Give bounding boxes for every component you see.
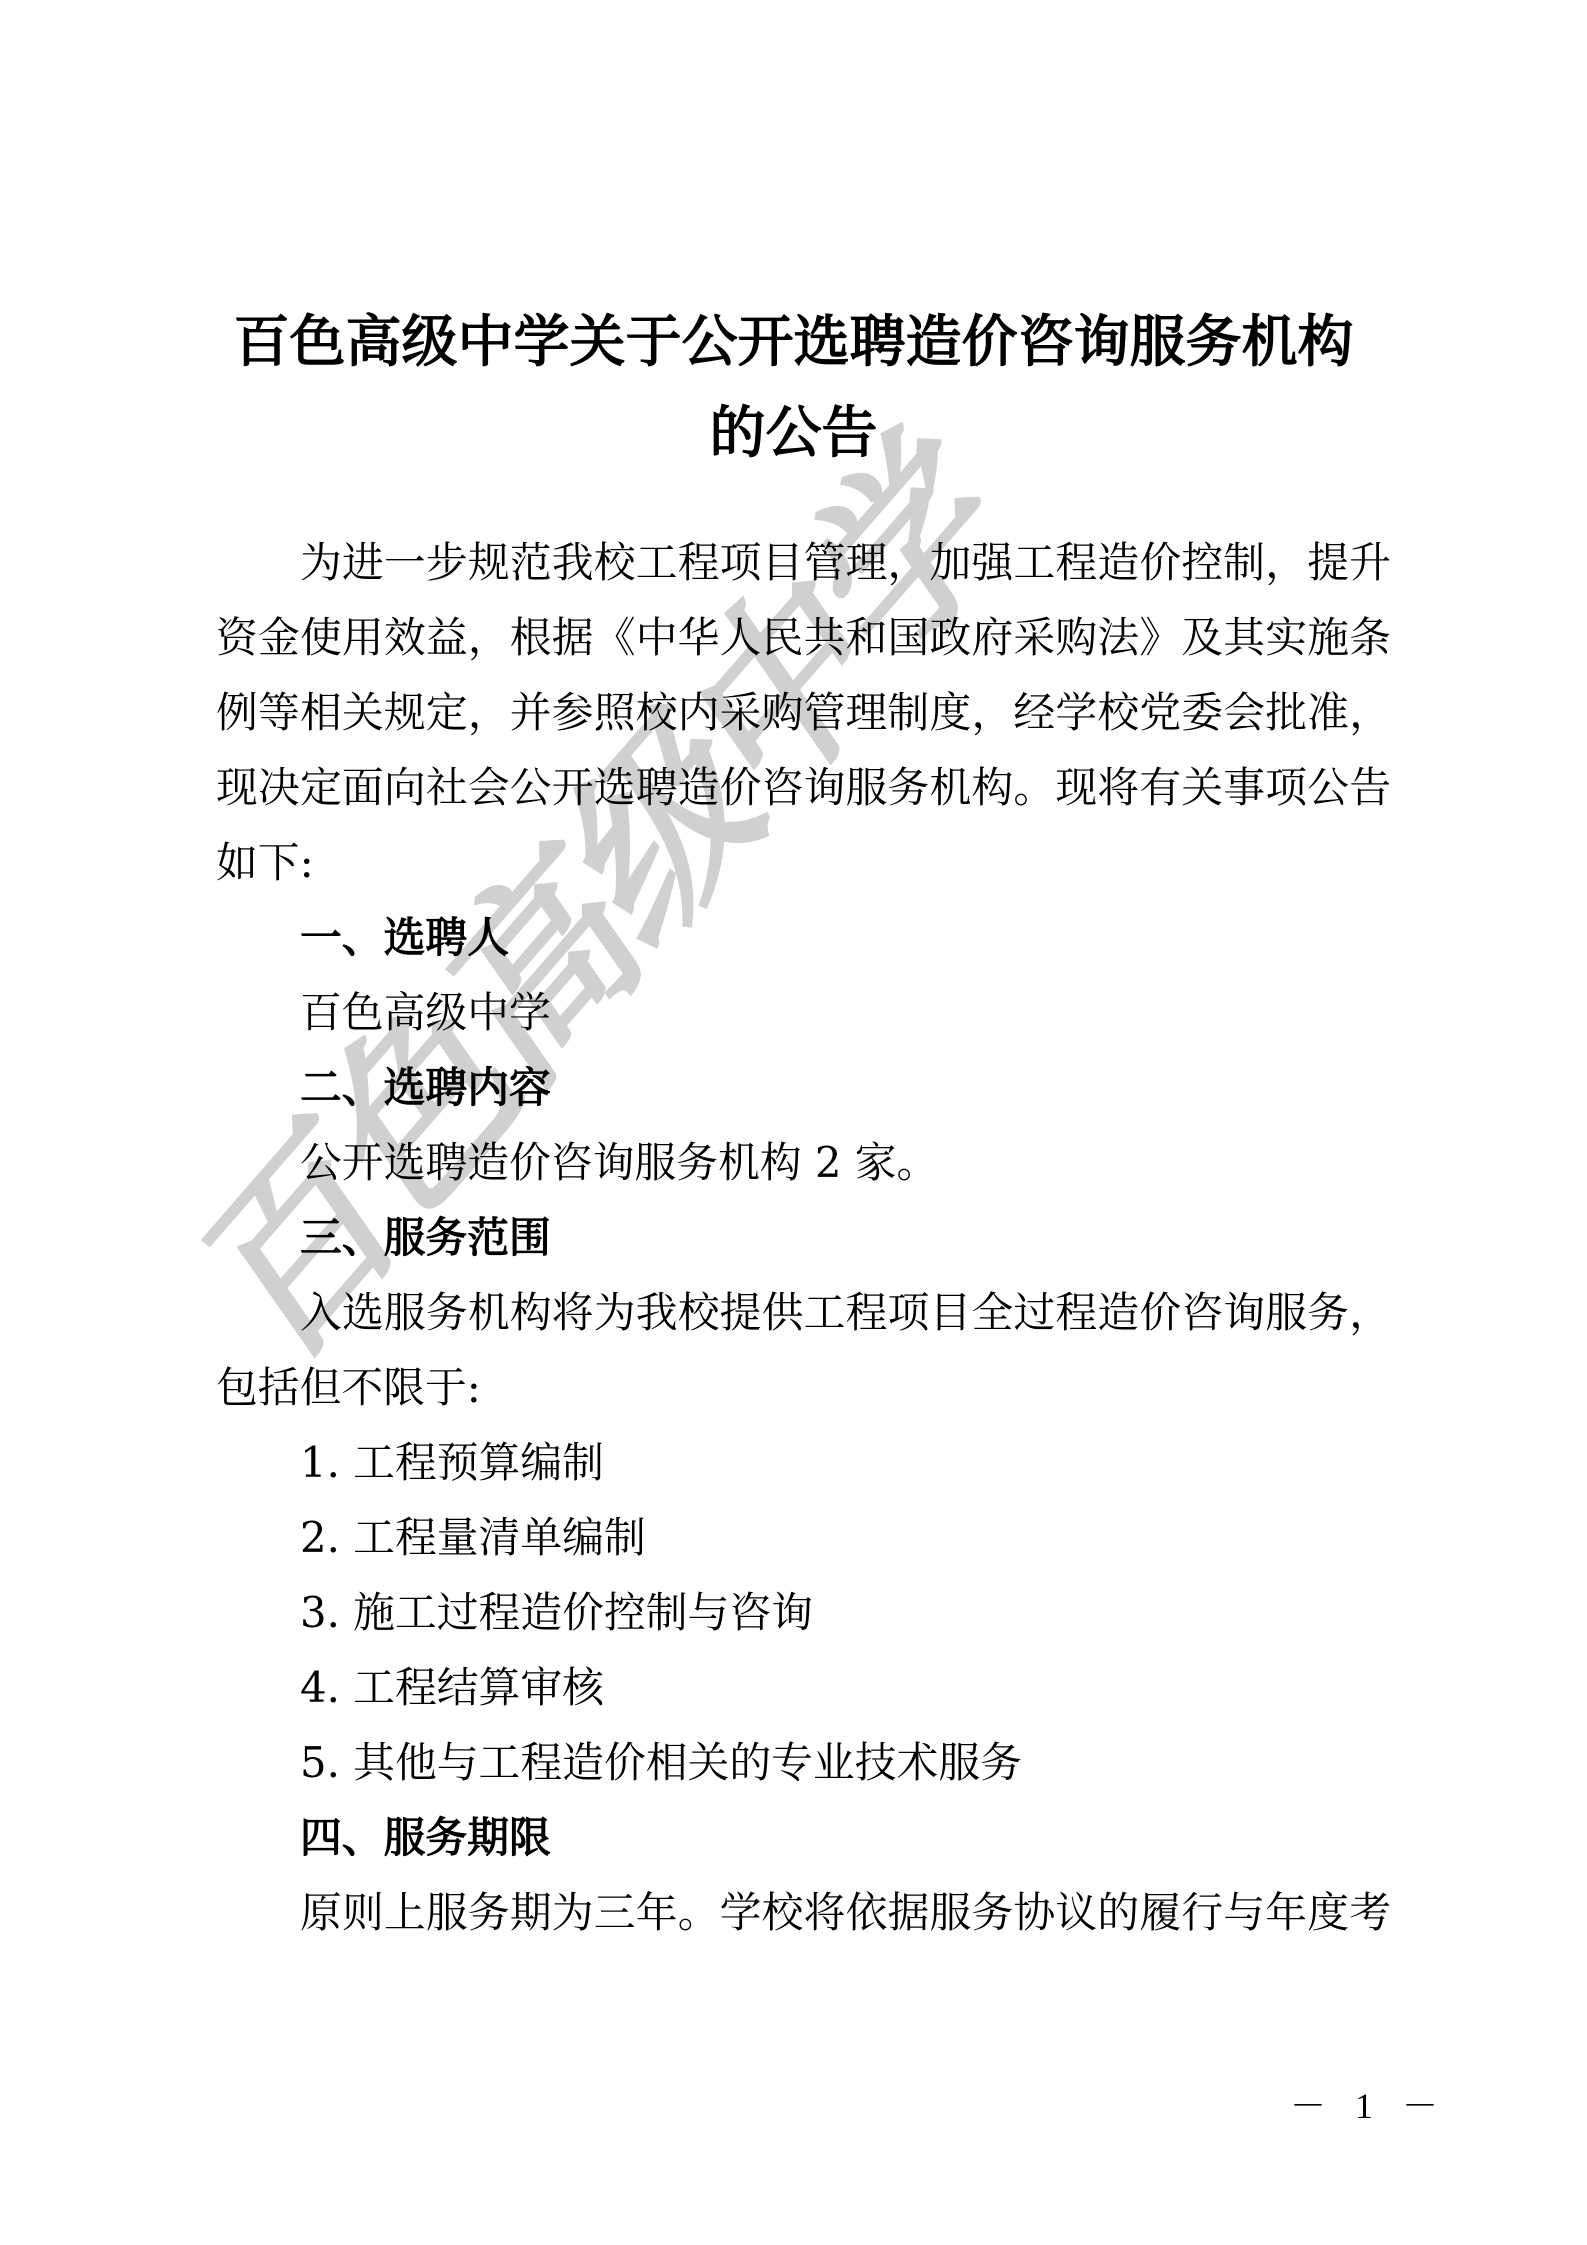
list-item-1: 1. 工程预算编制 bbox=[300, 1438, 1475, 1488]
page-title-line2: 的公告 bbox=[0, 403, 1587, 463]
section-heading-3: 三、服务范围 bbox=[300, 1213, 1475, 1263]
list-item-4: 4. 工程结算审核 bbox=[300, 1663, 1475, 1713]
page-title-line1: 百色高级中学关于公开选聘造价咨询服务机构 bbox=[0, 312, 1587, 372]
section-heading-1: 一、选聘人 bbox=[300, 913, 1475, 963]
intro-line-2: 资金使用效益，根据《中华人民共和国政府采购法》及其实施条 bbox=[216, 613, 1391, 663]
intro-line-3: 例等相关规定，并参照校内采购管理制度，经学校党委会批准， bbox=[216, 688, 1391, 738]
intro-line-1: 为进一步规范我校工程项目管理，加强工程造价控制，提升 bbox=[300, 538, 1391, 588]
list-item-2: 2. 工程量清单编制 bbox=[300, 1513, 1475, 1563]
section-3-text-2: 包括但不限于: bbox=[216, 1363, 1391, 1413]
section-3-text-1: 入选服务机构将为我校提供工程项目全过程造价咨询服务， bbox=[300, 1288, 1391, 1338]
section-heading-4: 四、服务期限 bbox=[300, 1813, 1475, 1863]
intro-line-4: 现决定面向社会公开选聘造价咨询服务机构。现将有关事项公告 bbox=[216, 763, 1391, 813]
section-heading-2: 二、选聘内容 bbox=[300, 1063, 1475, 1113]
section-2-text: 公开选聘造价咨询服务机构 2 家。 bbox=[300, 1138, 1475, 1188]
section-1-text: 百色高级中学 bbox=[300, 988, 1475, 1038]
intro-line-5: 如下: bbox=[216, 838, 1391, 888]
list-item-5: 5. 其他与工程造价相关的专业技术服务 bbox=[300, 1738, 1475, 1788]
list-item-3: 3. 施工过程造价控制与咨询 bbox=[300, 1588, 1475, 1638]
section-4-text: 原则上服务期为三年。学校将依据服务协议的履行与年度考 bbox=[300, 1888, 1391, 1938]
page-number: － 1 － bbox=[1290, 2078, 1448, 2129]
